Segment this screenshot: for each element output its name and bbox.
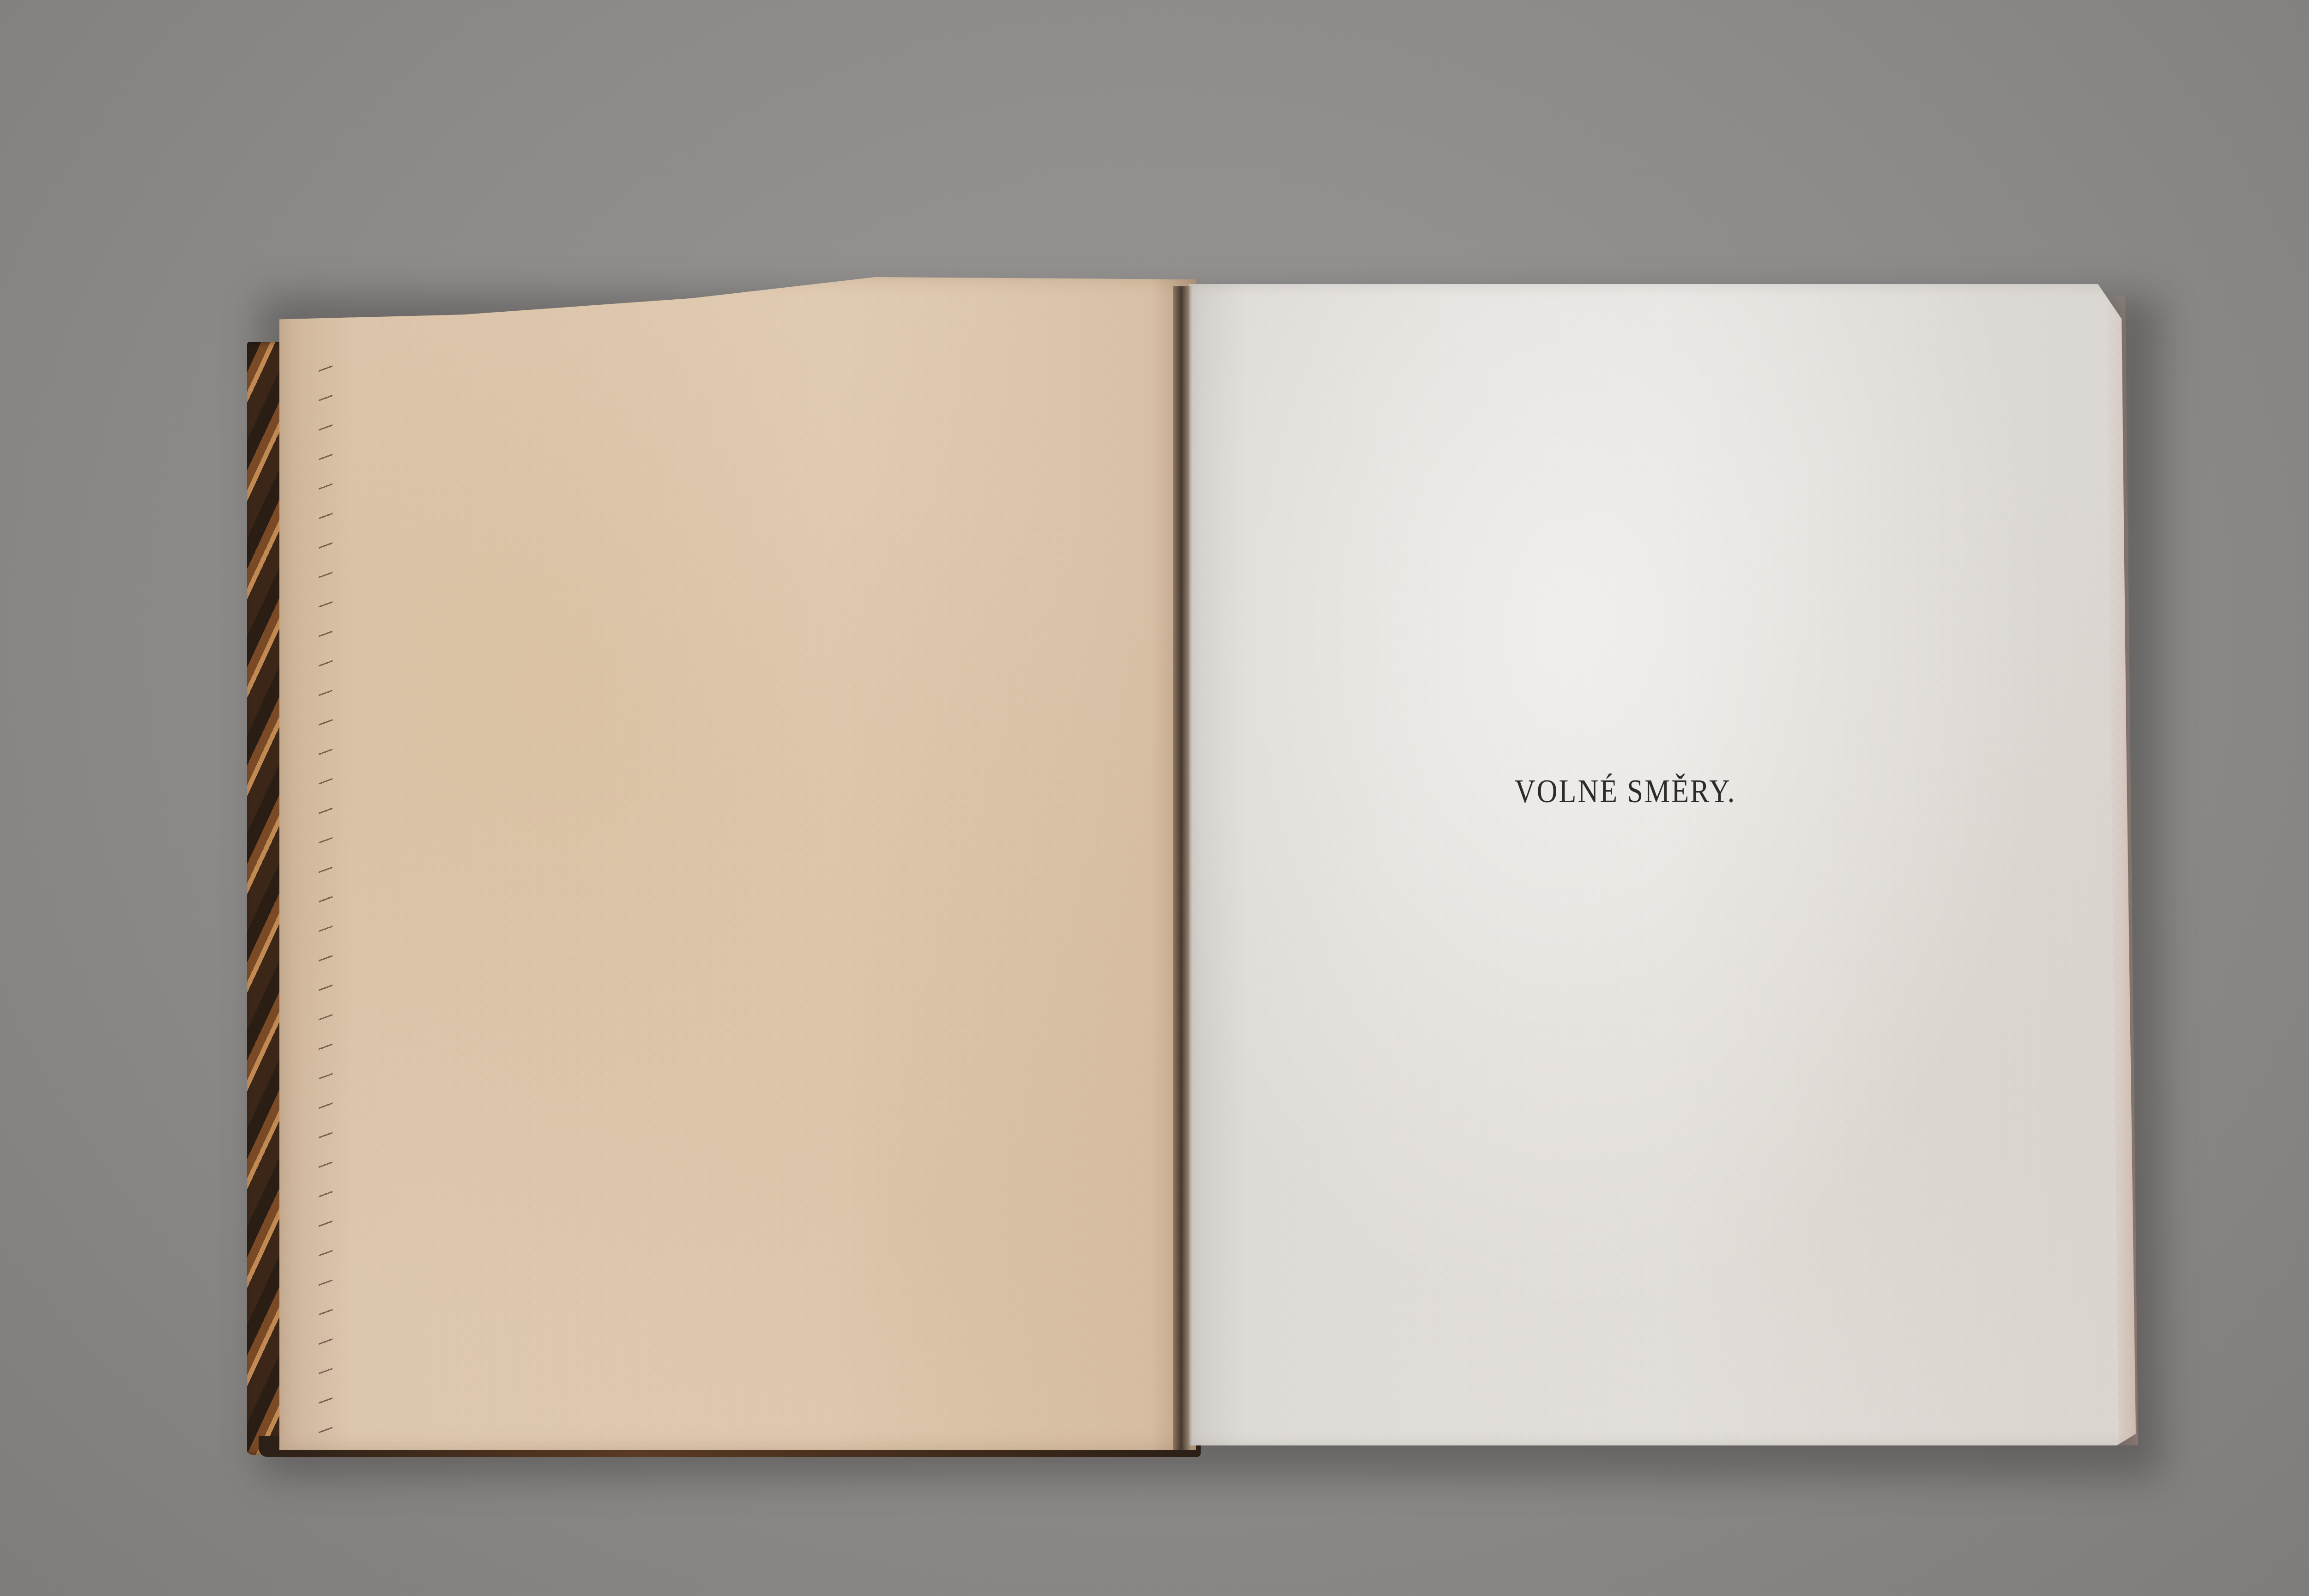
left-page-blank [279, 277, 1196, 1450]
book-gutter [1173, 286, 1191, 1450]
photo-scene: VOLNÉ SMĚRY. [0, 0, 2309, 1596]
right-page-title-page [1189, 284, 2136, 1445]
binding-stitching [319, 356, 332, 1441]
book-title: VOLNÉ SMĚRY. [1515, 773, 1709, 816]
